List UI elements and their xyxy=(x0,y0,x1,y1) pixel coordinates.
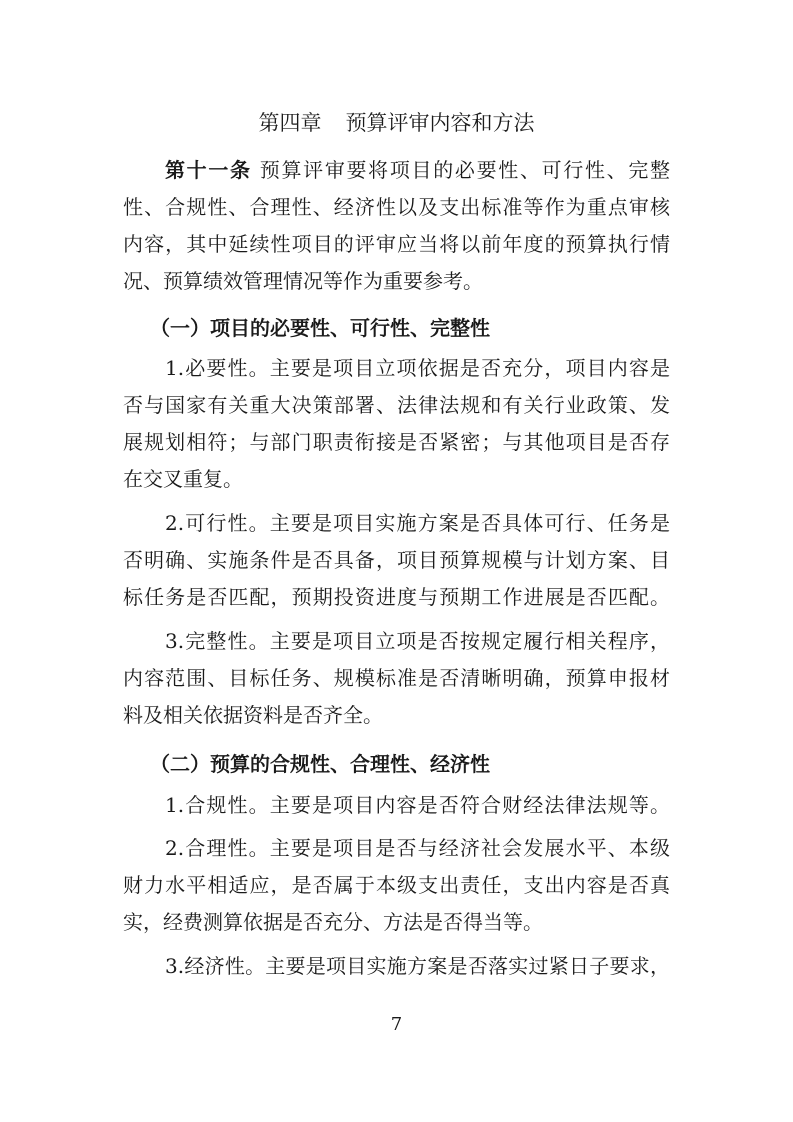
completeness-line-3: 料及相关依据资料是否齐全。 xyxy=(123,700,670,730)
reasonableness-line-2: 财力水平相适应，是否属于本级支出责任，支出内容是否真 xyxy=(123,870,670,900)
necessity-line-4: 在交叉重复。 xyxy=(123,464,670,494)
necessity-line-3: 展规划相符；与部门职责衔接是否紧密；与其他项目是否存 xyxy=(123,427,670,457)
article-label: 第十一条 xyxy=(165,158,252,182)
compliance-line-1: 1.合规性。主要是项目内容是否符合财经法律法规等。 xyxy=(165,790,670,820)
reasonableness-line-1: 2.合理性。主要是项目是否与经济社会发展水平、本级 xyxy=(165,833,670,863)
section-heading-2: （二）预算的合规性、合理性、经济性 xyxy=(150,749,490,779)
completeness-line-1: 3.完整性。主要是项目立项是否按规定履行相关程序， xyxy=(165,626,670,656)
necessity-line-2: 否与国家有关重大决策部署、法律法规和有关行业政策、发 xyxy=(123,390,670,420)
article-line-4: 况、预算绩效管理情况等作为重要参考。 xyxy=(123,266,670,296)
document-page: 第四章预算评审内容和方法 第十一条 预算评审要将项目的必要性、可行性、完整 性、… xyxy=(0,0,793,1122)
chapter-number: 第四章 xyxy=(259,108,322,138)
chapter-name: 预算评审内容和方法 xyxy=(346,108,535,138)
chapter-title: 第四章预算评审内容和方法 xyxy=(0,108,793,138)
article-line-2: 性、合规性、合理性、经济性以及支出标准等作为重点审核 xyxy=(123,192,670,222)
feasibility-line-1: 2.可行性。主要是项目实施方案是否具体可行、任务是 xyxy=(165,508,670,538)
section-heading-1: （一）项目的必要性、可行性、完整性 xyxy=(150,313,490,343)
article-text: 预算评审要将项目的必要性、可行性、完整 xyxy=(260,158,670,182)
feasibility-line-3: 标任务是否匹配，预期投资进度与预期工作进展是否匹配。 xyxy=(123,582,670,612)
feasibility-line-2: 否明确、实施条件是否具备，项目预算规模与计划方案、目 xyxy=(123,545,670,575)
reasonableness-line-3: 实，经费测算依据是否充分、方法是否得当等。 xyxy=(123,907,670,937)
completeness-line-2: 内容范围、目标任务、规模标准是否清晰明确，预算申报材 xyxy=(123,663,670,693)
article-line-1: 第十一条 预算评审要将项目的必要性、可行性、完整 xyxy=(165,155,670,185)
page-number: 7 xyxy=(0,1012,793,1038)
economy-line-1: 3.经济性。主要是项目实施方案是否落实过紧日子要求， xyxy=(165,951,670,981)
necessity-line-1: 1.必要性。主要是项目立项依据是否充分，项目内容是 xyxy=(165,353,670,383)
article-line-3: 内容，其中延续性项目的评审应当将以前年度的预算执行情 xyxy=(123,229,670,259)
